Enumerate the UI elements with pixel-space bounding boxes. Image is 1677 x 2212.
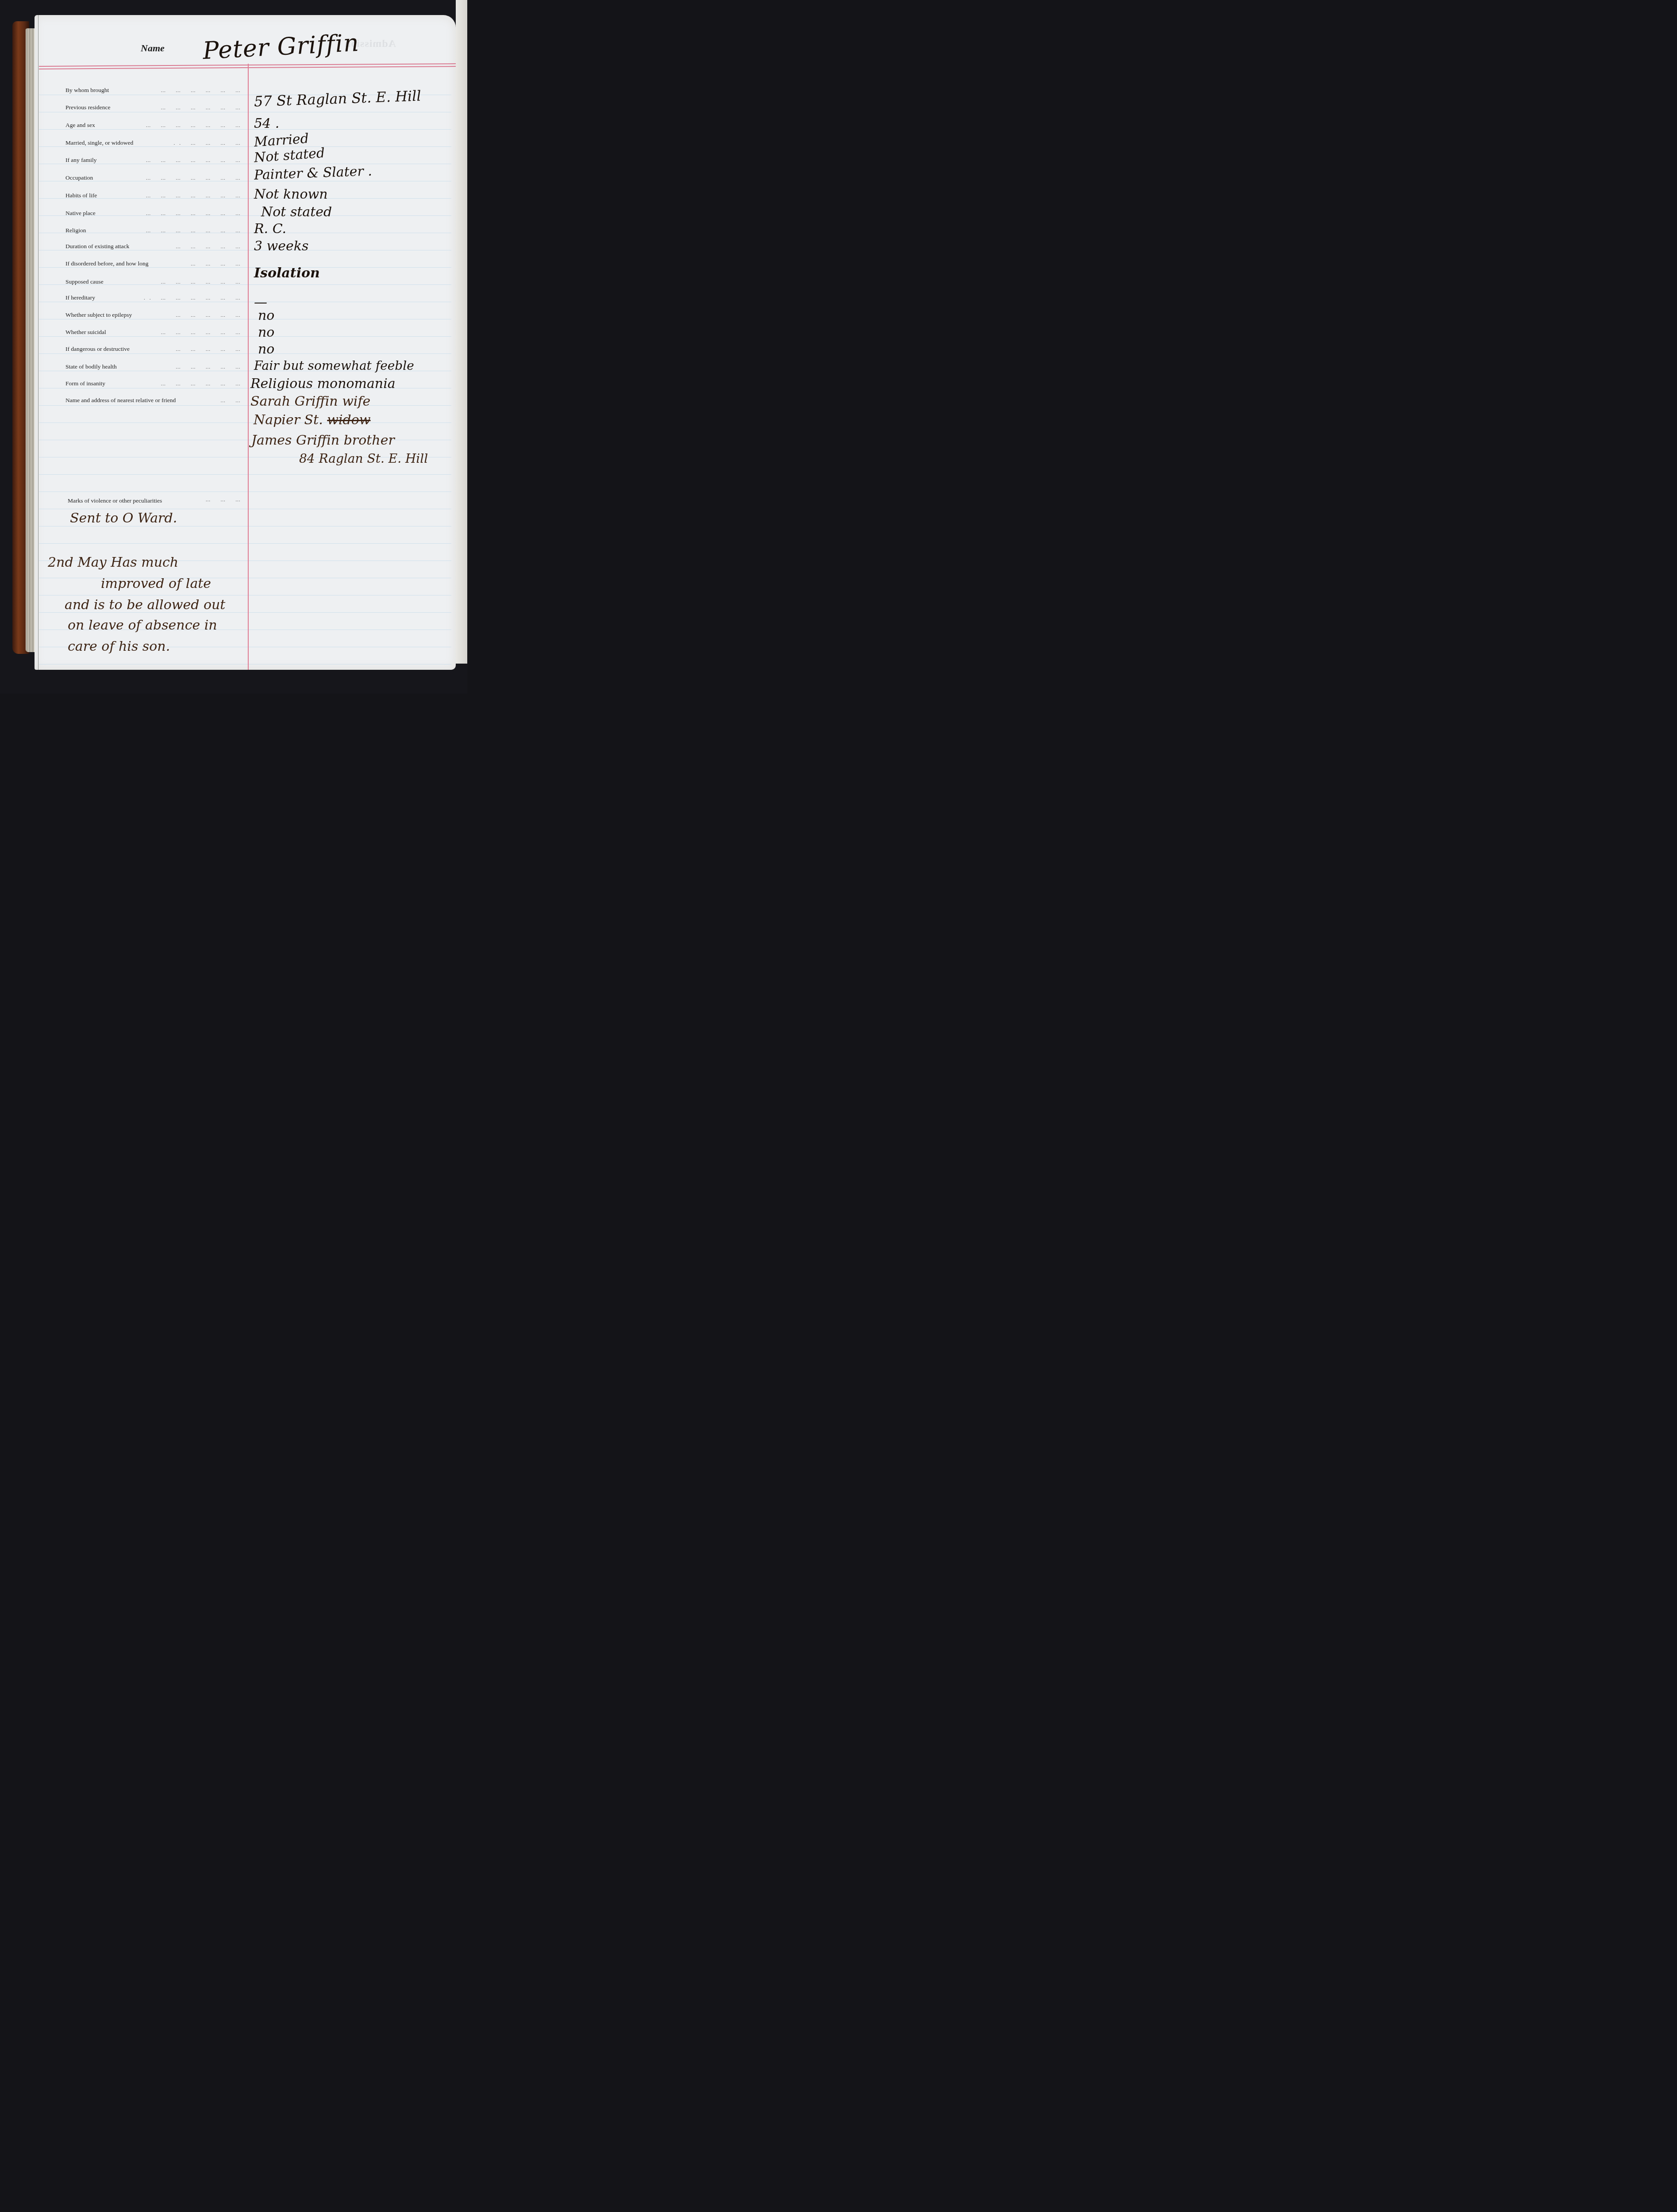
leader-dots: … … … … … … xyxy=(106,329,245,338)
relative-address-text: Napier St. xyxy=(254,412,323,428)
field-label: Occupation xyxy=(65,174,93,183)
answer-occupation: Painter & Slater . xyxy=(254,163,372,183)
field-label: Form of insanity xyxy=(65,380,105,389)
leader-dots: … … … … … … … xyxy=(95,122,245,131)
field-row-nearest-relative: Name and address of nearest relative or … xyxy=(65,397,245,406)
field-label: Native place xyxy=(65,210,96,219)
progress-note-line-4: on leave of absence in xyxy=(68,618,217,633)
answer-supposed-cause: Isolation xyxy=(254,265,320,281)
leader-dots: … … … … … … … xyxy=(93,174,245,183)
leader-dots: … … … … … xyxy=(132,311,245,320)
leader-dots: … … … … … … xyxy=(111,104,245,113)
ruled-line xyxy=(39,595,451,595)
header-rule-bottom xyxy=(39,66,456,69)
patient-name-handwritten: Peter Griffin xyxy=(202,29,360,65)
relative-line-2: James Griffin brother xyxy=(251,433,395,448)
ruled-line xyxy=(39,664,451,664)
field-label: Religion xyxy=(65,227,86,236)
progress-note-line-3: and is to be allowed out xyxy=(65,597,225,613)
answer-nearest-relative: Sarah Griffin wife xyxy=(250,394,370,409)
leader-dots: … … … xyxy=(162,497,245,504)
margin-line xyxy=(38,15,38,670)
ruled-line xyxy=(39,474,451,475)
field-row-duration: Duration of existing attack… … … … … xyxy=(65,243,245,252)
field-row-religion: Religion… … … … … … … xyxy=(65,227,245,236)
leader-dots: … … … … … … xyxy=(109,87,245,96)
field-label: Marks of violence or other peculiarities xyxy=(68,497,162,504)
field-label: Habits of life xyxy=(65,192,97,201)
field-row-native-place: Native place… … … … … … … xyxy=(65,210,245,219)
field-label: State of bodily health xyxy=(65,363,117,372)
field-row-age-sex: Age and sex… … … … … … … xyxy=(65,122,245,131)
field-row-brought-by: By whom brought… … … … … … xyxy=(65,87,245,96)
field-row-form-of-insanity: Form of insanity… … … … … … xyxy=(65,380,245,389)
field-label: Married, single, or widowed xyxy=(65,139,133,148)
field-row-hereditary: If hereditary.. … … … … … … xyxy=(65,294,245,303)
leader-dots: .. … … … … … … xyxy=(95,294,245,303)
answer-bodily-health: Fair but somewhat feeble xyxy=(254,358,414,373)
facing-page-edge xyxy=(456,0,467,664)
field-row-marital-status: Married, single, or widowed.. … … … … xyxy=(65,139,245,148)
ruled-line xyxy=(39,526,451,526)
field-label: If disordered before, and how long xyxy=(65,260,148,269)
leader-dots: … … … … … … … xyxy=(96,157,245,165)
answer-suicidal: no xyxy=(258,325,274,340)
field-label: Age and sex xyxy=(65,122,95,131)
progress-note-line-2: improved of late xyxy=(101,576,211,591)
answer-duration: 3 weeks xyxy=(254,238,308,254)
field-label: Duration of existing attack xyxy=(65,243,129,252)
field-label: Whether suicidal xyxy=(65,329,106,338)
field-row-suicidal: Whether suicidal… … … … … … xyxy=(65,329,245,338)
progress-note-line-1: 2nd May Has much xyxy=(48,555,178,570)
ledger-page: Admission Name Peter Griffin By whom bro… xyxy=(35,15,456,670)
relative-address-line-1: Napier St. widow xyxy=(254,412,370,428)
field-label: Whether subject to epilepsy xyxy=(65,311,132,320)
field-label: By whom brought xyxy=(65,87,109,96)
relative-line-3: 84 Raglan St. E. Hill xyxy=(299,451,428,466)
field-label: If dangerous or destructive xyxy=(65,346,130,354)
answer-habits: Not known xyxy=(254,187,327,202)
field-row-disordered-before: If disordered before, and how long… … … … xyxy=(65,260,245,269)
field-row-supposed-cause: Supposed cause… … … … … … xyxy=(65,278,245,287)
field-row-occupation: Occupation… … … … … … … xyxy=(65,174,245,183)
field-row-bodily-health: State of bodily health… … … … … xyxy=(65,363,245,372)
leader-dots: … … … … … xyxy=(129,243,245,252)
field-label: Previous residence xyxy=(65,104,111,113)
leader-dots: .. … … … … xyxy=(133,139,245,148)
ruled-line xyxy=(39,509,451,509)
field-row-dangerous: If dangerous or destructive… … … … … xyxy=(65,346,245,354)
answer-age-sex: 54 . xyxy=(254,116,279,131)
leader-dots: … … … … … xyxy=(117,363,245,372)
leader-dots: … … … … … … … xyxy=(86,227,245,236)
answer-epilepsy: no xyxy=(258,308,274,323)
struck-out-word: widow xyxy=(327,412,370,428)
column-divider xyxy=(248,64,249,670)
leader-dots: … … xyxy=(176,397,245,406)
field-row-family: If any family… … … … … … … xyxy=(65,157,245,165)
field-row-previous-residence: Previous residence… … … … … … xyxy=(65,104,245,113)
field-label: If hereditary xyxy=(65,294,95,303)
ruled-line xyxy=(39,543,451,544)
answer-form-of-insanity: Religious monomania xyxy=(250,376,396,392)
answer-native-place: Not stated xyxy=(261,204,332,220)
ward-note: Sent to O Ward. xyxy=(70,511,177,526)
field-label: If any family xyxy=(65,157,96,165)
field-label: Supposed cause xyxy=(65,278,104,287)
leader-dots: … … … … … … … xyxy=(96,210,245,219)
field-row-marks-of-violence: Marks of violence or other peculiarities… xyxy=(68,497,245,504)
progress-note-line-5: care of his son. xyxy=(68,639,170,654)
answer-religion: R. C. xyxy=(254,221,286,237)
answer-dangerous: no xyxy=(258,342,274,357)
answer-brought-by: 57 St Raglan St. E. Hill xyxy=(254,87,421,110)
leader-dots: … … … … … … xyxy=(104,278,245,287)
ruled-line xyxy=(39,492,451,492)
leader-dots: … … … … … … xyxy=(105,380,245,389)
ruled-line xyxy=(39,422,451,423)
leader-dots: … … … … … xyxy=(130,346,245,354)
field-row-habits: Habits of life… … … … … … … xyxy=(65,192,245,201)
field-label: Name and address of nearest relative or … xyxy=(65,397,176,406)
leader-dots: … … … … xyxy=(148,260,245,269)
name-label: Name xyxy=(141,42,165,54)
leader-dots: … … … … … … … xyxy=(97,192,245,201)
field-row-epilepsy: Whether subject to epilepsy… … … … … xyxy=(65,311,245,320)
